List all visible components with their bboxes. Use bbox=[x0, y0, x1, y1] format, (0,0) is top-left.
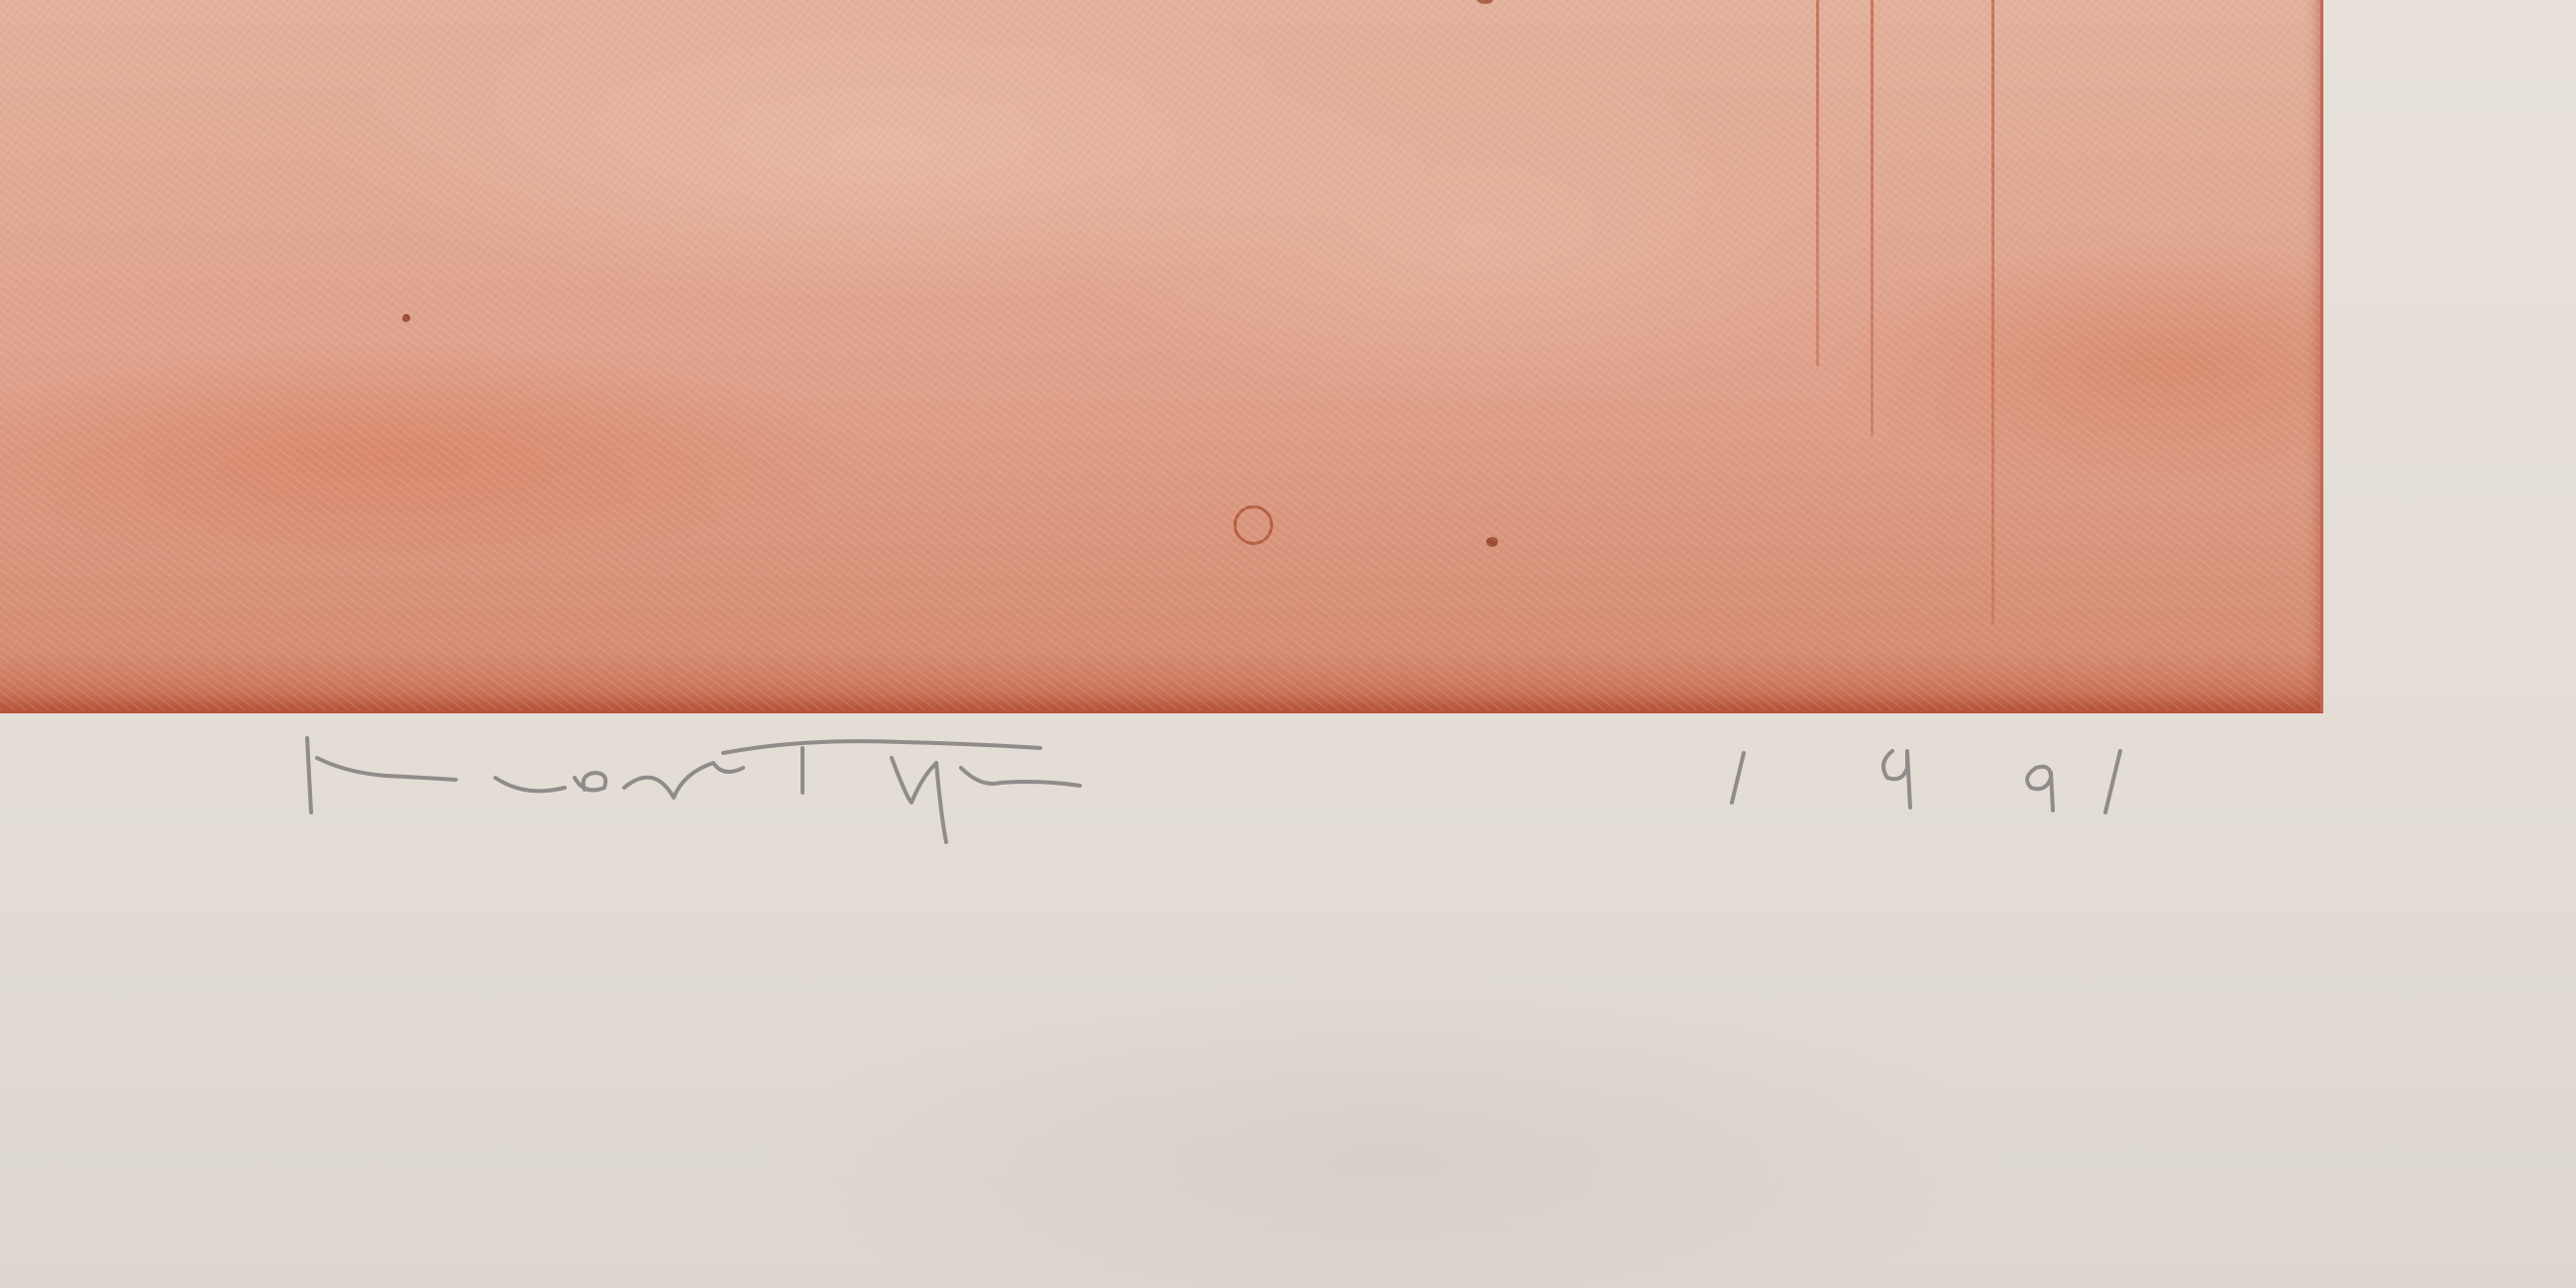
plate-vertical-line bbox=[1871, 0, 1874, 436]
pencil-date: 1991 bbox=[1704, 723, 2160, 832]
etching-plate-area bbox=[0, 0, 2323, 713]
plate-vertical-line bbox=[1816, 0, 1819, 367]
plate-dot-mark bbox=[1476, 0, 1494, 4]
plate-dot-mark bbox=[1486, 537, 1498, 547]
plate-circle-mark bbox=[1234, 505, 1273, 545]
plate-vertical-line bbox=[1991, 0, 1994, 624]
pencil-signature: (pencil signature) bbox=[287, 718, 1338, 847]
plate-dot-mark bbox=[402, 314, 410, 322]
